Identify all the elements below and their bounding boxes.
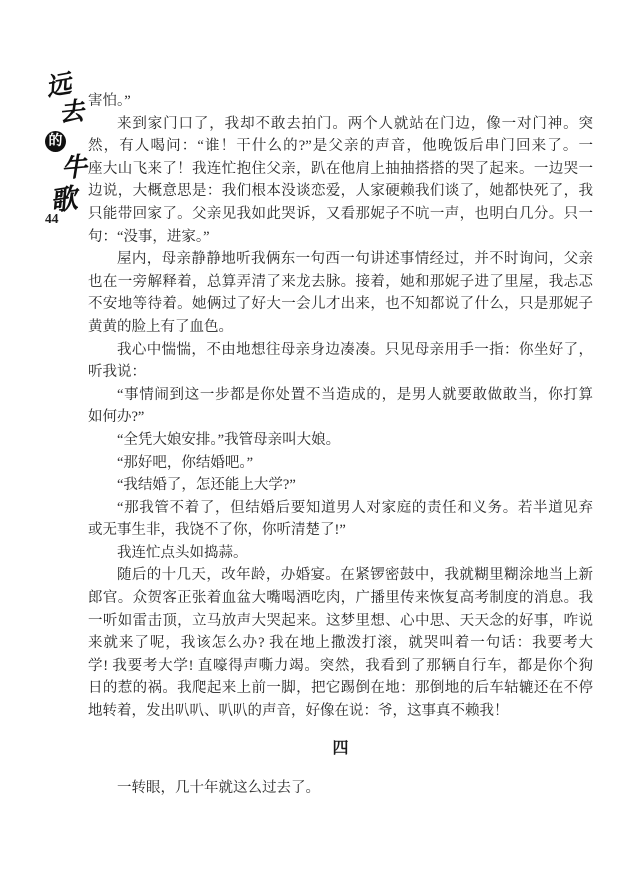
body-line: “我结婚了，怎还能上大学?” [88,474,593,497]
body-line: 一听如雷击顶，立马放声大哭起来。这梦里想、心中思、天天念的好事，咋说 [88,610,593,633]
body-line: “那好吧，你结婚吧。” [88,452,593,475]
calligraphy-char-circled: 的 [45,131,66,152]
body-line: 只能带回家了。父亲见我如此哭诉，又看那妮子不吭一声，也明白几分。只一 [88,203,593,226]
page-body: 害怕。”来到家门口了，我却不敢去拍门。两个人就站在门边，像一对门神。突然，有人喝… [88,90,593,799]
body-line: “那我管不着了，但结婚后要知道男人对家庭的责任和义务。若半道见弃 [88,497,593,520]
body-line: 然，有人喝问：“谁！干什么的?”是父亲的声音，他晚饭后串门回来了。一 [88,135,593,158]
body-line: 来到家门口了，我却不敢去拍门。两个人就站在门边，像一对门神。突 [88,113,593,136]
body-line: 我心中惴惴，不由地想往母亲身边凑凑。只见母亲用手一指：你坐好了， [88,339,593,362]
closing-line: 一转眼，几十年就这么过去了。 [88,777,593,800]
book-title-calligraphy: 远 去 的 牛 歌 [38,72,90,213]
calligraphy-char: 牛 [60,154,91,182]
section-heading: 四 [88,738,593,760]
body-line: 害怕。” [88,90,593,113]
body-text: 害怕。”来到家门口了，我却不敢去拍门。两个人就站在门边，像一对门神。突然，有人喝… [88,90,593,723]
calligraphy-char: 去 [58,98,91,126]
body-line: 如何办?” [88,406,593,429]
body-line: 或无事生非，我饶不了你，你听清楚了!” [88,519,593,542]
body-line: 来就来了呢，我该怎么办? 我在地上撒泼打滚，就哭叫着一句话：我要考大 [88,632,593,655]
body-line: 边说，大概意思是：我们根本没谈恋爱，人家硬赖我们谈了，她都快死了，我 [88,180,593,203]
body-line: 日的惹的祸。我爬起来上前一脚，把它踢倒在地：那倒地的后车轱辘还在不停 [88,677,593,700]
page-number: 44 [45,211,59,227]
body-line: “事情闹到这一步都是你处置不当造成的，是男人就要敢做敢当，你打算 [88,384,593,407]
body-line: 随后的十几天，改年龄，办婚宴。在紧锣密鼓中，我就糊里糊涂地当上新 [88,564,593,587]
body-line: 黄黄的脸上有了血色。 [88,316,593,339]
body-line: 句：“没事，进家。” [88,226,593,249]
body-line: 郎官。众贺客正张着血盆大嘴喝酒吃肉，广播里传来恢复高考制度的消息。我 [88,587,593,610]
body-line: 不安地等待着。她俩过了好大一会儿才出来，也不知都说了什么，只是那妮子 [88,293,593,316]
body-line: 座大山飞来了！我连忙抱住父亲，趴在他肩上抽抽搭搭的哭了起来。一边哭一 [88,158,593,181]
body-line: 学! 我要考大学! 直嚎得声嘶力竭。突然，我看到了那辆自行车，都是你个狗 [88,655,593,678]
body-line: 听我说： [88,361,593,384]
body-line: 地转着，发出叭叭、叭叭的声音，好像在说：爷，这事真不赖我！ [88,700,593,723]
body-line: “全凭大娘安排。”我管母亲叫大娘。 [88,429,593,452]
body-line: 我连忙点头如捣蒜。 [88,542,593,565]
body-line: 也在一旁解释着，总算弄清了来龙去脉。接着，她和那妮子进了里屋，我忐忑 [88,271,593,294]
body-line: 屋内，母亲静静地听我俩东一句西一句讲述事情经过，并不时询问，父亲 [88,248,593,271]
calligraphy-char: 远 [44,68,92,100]
